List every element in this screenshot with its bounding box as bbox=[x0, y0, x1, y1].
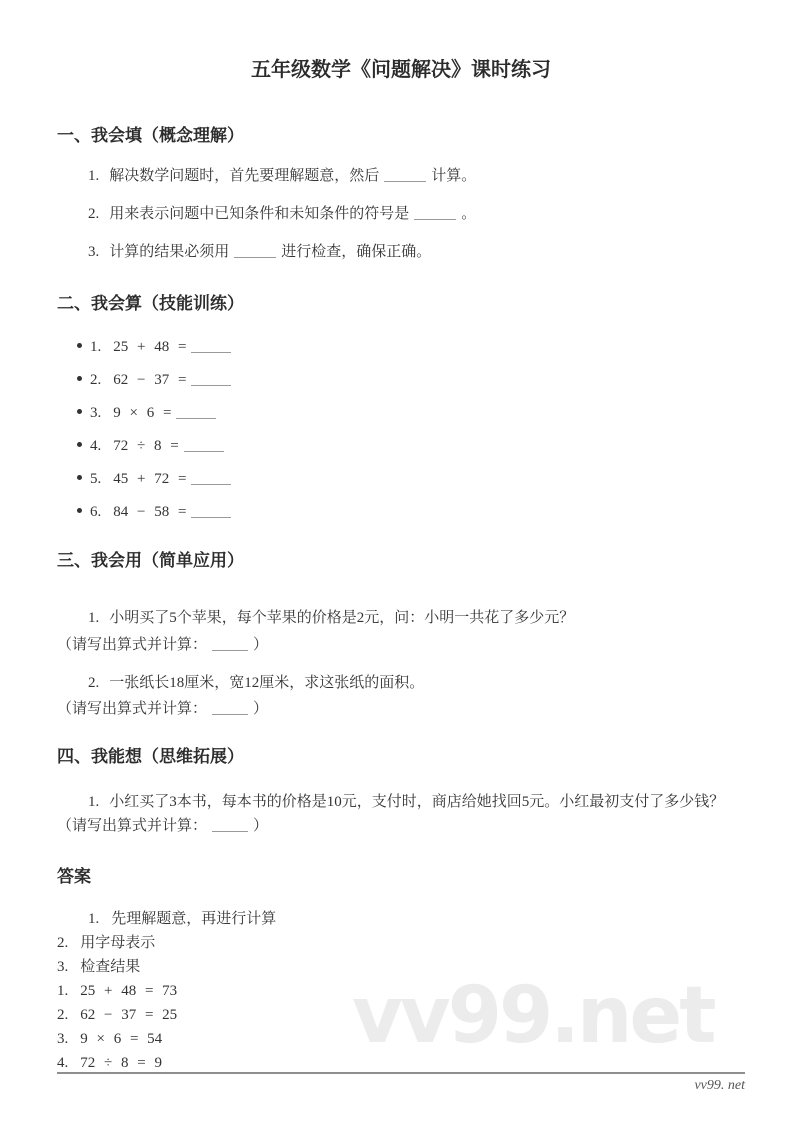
prompt-text: （请写出算式并计算： bbox=[57, 818, 207, 834]
calc-expression: 84 − 58 = bbox=[113, 504, 186, 520]
calc-expression: 25 + 48 = bbox=[113, 339, 186, 355]
page-title: 五年级数学《问题解决》课时练习 bbox=[57, 0, 745, 85]
answer-text: 先理解题意，再进行计算 bbox=[111, 911, 276, 927]
word-problem: 1.小明买了5个苹果，每个苹果的价格是2元，问：小明一共花了多少元？ bbox=[57, 607, 745, 629]
bullet-icon bbox=[77, 475, 82, 480]
answer-number: 3. bbox=[57, 1031, 68, 1047]
bullet-icon bbox=[77, 376, 82, 381]
answer-blank bbox=[184, 437, 224, 452]
question-text: 解决数学问题时，首先要理解题意，然后 bbox=[109, 168, 379, 184]
answer-line: 1.先理解题意，再进行计算 bbox=[88, 909, 745, 929]
answer-text: 检查结果 bbox=[80, 959, 140, 975]
problem-text: 小明买了5个苹果，每个苹果的价格是2元，问：小明一共花了多少元？ bbox=[109, 610, 574, 626]
calc-expression: 72 ÷ 8 = bbox=[113, 438, 178, 454]
answer-line: 3.检查结果 bbox=[57, 957, 745, 977]
calc-question: 4.72 ÷ 8 = bbox=[77, 435, 745, 456]
answer-number: 1. bbox=[57, 983, 68, 999]
answer-line: 2.用字母表示 bbox=[57, 933, 745, 953]
calc-expression: 45 + 72 = bbox=[113, 471, 186, 487]
question-number: 2. bbox=[88, 206, 99, 222]
answer-text: 72 ÷ 8 = 9 bbox=[80, 1055, 162, 1071]
answer-number: 1. bbox=[88, 911, 99, 927]
bullet-icon bbox=[77, 343, 82, 348]
answer-number: 3. bbox=[57, 959, 68, 975]
page-footer: vv99. net bbox=[57, 1072, 745, 1095]
calc-question: 2.62 − 37 = bbox=[77, 369, 745, 390]
question-number: 1. bbox=[88, 168, 99, 184]
answer-blank bbox=[234, 243, 276, 258]
question-number: 1. bbox=[88, 794, 99, 810]
answer-line: 1.25 + 48 = 73 bbox=[57, 981, 745, 1001]
prompt-text: （请写出算式并计算： bbox=[57, 701, 207, 717]
section-heading-apply: 三、我会用（简单应用） bbox=[57, 552, 745, 570]
answer-text: 62 − 37 = 25 bbox=[80, 1007, 177, 1023]
answer-number: 4. bbox=[57, 1055, 68, 1071]
fill-question: 1.解决数学问题时，首先要理解题意，然后计算。 bbox=[88, 165, 745, 186]
answer-blank bbox=[212, 636, 248, 651]
worksheet-page: 五年级数学《问题解决》课时练习 一、我会填（概念理解） 1.解决数学问题时，首先… bbox=[0, 0, 800, 1073]
answer-text: 9 × 6 = 54 bbox=[80, 1031, 162, 1047]
calc-expression: 62 − 37 = bbox=[113, 372, 186, 388]
answer-line: 2.62 − 37 = 25 bbox=[57, 1005, 745, 1025]
section-heading-fill: 一、我会填（概念理解） bbox=[57, 127, 745, 145]
calc-question: 3.9 × 6 = bbox=[77, 402, 745, 423]
answer-blank bbox=[191, 371, 231, 386]
calc-question: 1.25 + 48 = bbox=[77, 336, 745, 357]
answers-heading: 答案 bbox=[57, 868, 745, 886]
prompt-text: （请写出算式并计算： bbox=[57, 637, 207, 653]
section-heading-think: 四、我能想（思维拓展） bbox=[57, 748, 745, 766]
bullet-icon bbox=[77, 508, 82, 513]
question-number: 2. bbox=[90, 372, 101, 388]
answer-blank bbox=[191, 503, 231, 518]
prompt-text: ） bbox=[253, 701, 268, 717]
answer-number: 2. bbox=[57, 935, 68, 951]
answer-line: 4.72 ÷ 8 = 9 bbox=[57, 1053, 745, 1073]
question-number: 2. bbox=[88, 675, 99, 691]
question-text: 计算的结果必须用 bbox=[109, 244, 229, 260]
answer-blank bbox=[176, 404, 216, 419]
answer-blank bbox=[384, 167, 426, 182]
prompt-text: ） bbox=[253, 637, 268, 653]
prompt-text: ） bbox=[253, 818, 268, 834]
fill-question: 3.计算的结果必须用进行检查，确保正确。 bbox=[88, 241, 745, 262]
bullet-icon bbox=[77, 442, 82, 447]
prompt-line: （请写出算式并计算：） bbox=[57, 634, 745, 655]
answer-blank bbox=[212, 817, 248, 832]
answer-text: 用字母表示 bbox=[80, 935, 155, 951]
prompt-line: （请写出算式并计算：） bbox=[57, 698, 745, 719]
question-number: 1. bbox=[90, 339, 101, 355]
question-number: 4. bbox=[90, 438, 101, 454]
answer-number: 2. bbox=[57, 1007, 68, 1023]
answer-blank bbox=[191, 338, 231, 353]
question-number: 5. bbox=[90, 471, 101, 487]
question-text: 。 bbox=[461, 206, 476, 222]
problem-text: 一张纸长18厘米，宽12厘米，求这张纸的面积。 bbox=[109, 675, 424, 691]
problem-text: 小红买了3本书，每本书的价格是10元，支付时，商店给她找回5元。小红最初支付了多… bbox=[109, 794, 724, 810]
calc-question: 6.84 − 58 = bbox=[77, 501, 745, 522]
question-text: 用来表示问题中已知条件和未知条件的符号是 bbox=[109, 206, 409, 222]
question-number: 1. bbox=[88, 610, 99, 626]
answer-line: 3.9 × 6 = 54 bbox=[57, 1029, 745, 1049]
calc-question: 5.45 + 72 = bbox=[77, 468, 745, 489]
answer-text: 25 + 48 = 73 bbox=[80, 983, 177, 999]
question-text: 进行检查，确保正确。 bbox=[281, 244, 431, 260]
answer-blank bbox=[191, 470, 231, 485]
word-problem: 2.一张纸长18厘米，宽12厘米，求这张纸的面积。 bbox=[57, 672, 745, 694]
question-number: 6. bbox=[90, 504, 101, 520]
calc-expression: 9 × 6 = bbox=[113, 405, 171, 421]
question-text: 计算。 bbox=[431, 168, 476, 184]
word-problem: 1.小红买了3本书，每本书的价格是10元，支付时，商店给她找回5元。小红最初支付… bbox=[57, 791, 745, 813]
footer-site-label: vv99. net bbox=[694, 1078, 745, 1093]
fill-question: 2.用来表示问题中已知条件和未知条件的符号是。 bbox=[88, 203, 745, 224]
question-number: 3. bbox=[90, 405, 101, 421]
answer-blank bbox=[212, 700, 248, 715]
answer-blank bbox=[414, 205, 456, 220]
section-heading-calc: 二、我会算（技能训练） bbox=[57, 295, 745, 313]
bullet-icon bbox=[77, 409, 82, 414]
question-number: 3. bbox=[88, 244, 99, 260]
prompt-line: （请写出算式并计算：） bbox=[57, 815, 745, 836]
